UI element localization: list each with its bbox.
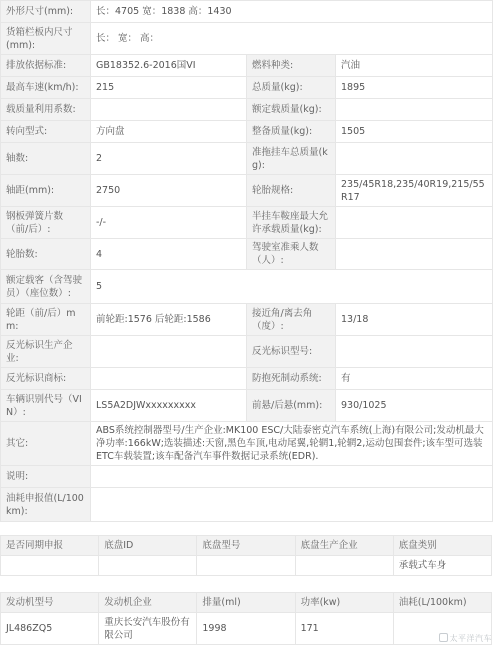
label-curb-weight: 整备质量(kg): bbox=[247, 121, 336, 143]
label-reflector-brand: 反光标识商标: bbox=[1, 368, 91, 390]
label-load-coefficient: 载质量利用系数: bbox=[1, 99, 91, 121]
label-tire-count: 轮胎数: bbox=[1, 239, 91, 270]
value-notes bbox=[91, 466, 493, 488]
value-max-speed: 215 bbox=[91, 77, 247, 99]
header-chassis-maker: 底盘生产企业 bbox=[295, 536, 393, 556]
label-notes: 说明: bbox=[1, 466, 91, 488]
header-engine-maker: 发动机企业 bbox=[99, 593, 197, 613]
spec-row: 排放依据标准: GB18352.6-2016国VI 燃料种类: 汽油 bbox=[1, 55, 493, 77]
value-seats: 5 bbox=[91, 270, 493, 304]
label-fuel-declared: 油耗申报值(L/100km): bbox=[1, 488, 91, 522]
value-saddle-load bbox=[336, 207, 493, 239]
label-cab-occupants: 驾驶室准乘人数（人）: bbox=[247, 239, 336, 270]
spec-row: 反光标识生产企业: 反光标识型号: bbox=[1, 336, 493, 368]
label-reflector-model: 反光标识型号: bbox=[247, 336, 336, 368]
spec-row: 转向型式: 方向盘 整备质量(kg): 1505 bbox=[1, 121, 493, 143]
spec-row: 钢板弹簧片数（前/后）: -/- 半挂车鞍座最大允许承载质量(kg): bbox=[1, 207, 493, 239]
vehicle-spec-table: 外形尺寸(mm): 长：4705 宽：1838 高：1430 货箱栏板内尺寸(m… bbox=[0, 0, 493, 522]
label-tire-spec: 轮胎规格: bbox=[247, 175, 336, 207]
value-reflector-brand bbox=[91, 368, 247, 390]
header-power: 功率(kw) bbox=[295, 593, 393, 613]
spec-row-dimensions: 外形尺寸(mm): 长：4705 宽：1838 高：1430 bbox=[1, 1, 493, 23]
value-abs: 有 bbox=[336, 368, 493, 390]
value-approach-departure: 13/18 bbox=[336, 304, 493, 336]
header-concurrent-declaration: 是否同期申报 bbox=[1, 536, 99, 556]
chassis-header-row: 是否同期申报 底盘ID 底盘型号 底盘生产企业 底盘类别 bbox=[1, 536, 492, 556]
value-gross-mass: 1895 bbox=[336, 77, 493, 99]
value-tire-spec: 235/45R18,235/40R19,215/55R17 bbox=[336, 175, 493, 207]
value-emission-standard: GB18352.6-2016国VI bbox=[91, 55, 247, 77]
label-approach-departure: 接近角/离去角（度）: bbox=[247, 304, 336, 336]
cell-concurrent-declaration bbox=[1, 556, 99, 576]
cell-chassis-model bbox=[197, 556, 295, 576]
spec-row: 轴数: 2 准拖挂车总质量(kg): bbox=[1, 143, 493, 175]
value-reflector-maker bbox=[91, 336, 247, 368]
value-axles: 2 bbox=[91, 143, 247, 175]
spec-row: 最高车速(km/h): 215 总质量(kg): 1895 bbox=[1, 77, 493, 99]
value-trailer-mass bbox=[336, 143, 493, 175]
label-wheelbase: 轴距(mm): bbox=[1, 175, 91, 207]
label-fuel-type: 燃料种类: bbox=[247, 55, 336, 77]
label-other: 其它: bbox=[1, 422, 91, 466]
header-chassis-model: 底盘型号 bbox=[197, 536, 295, 556]
cell-chassis-id bbox=[99, 556, 197, 576]
header-fuel-consumption: 油耗(L/100km) bbox=[393, 593, 491, 613]
label-dimensions: 外形尺寸(mm): bbox=[1, 1, 91, 23]
value-load-coefficient bbox=[91, 99, 247, 121]
value-cargo-box: 长： 宽： 高： bbox=[91, 23, 493, 55]
value-other: ABS系统控制器型号/生产企业:MK100 ESC/大陆泰密克汽车系统(上海)有… bbox=[91, 422, 493, 466]
watermark-text: 太平洋汽车 bbox=[450, 634, 493, 643]
label-rated-load: 额定载质量(kg): bbox=[247, 99, 336, 121]
engine-table: 发动机型号 发动机企业 排量(ml) 功率(kw) 油耗(L/100km) JL… bbox=[0, 592, 492, 645]
label-abs: 防抱死制动系统: bbox=[247, 368, 336, 390]
spec-row: 轴距(mm): 2750 轮胎规格: 235/45R18,235/40R19,2… bbox=[1, 175, 493, 207]
label-seats: 额定载客（含驾驶员）（座位数）: bbox=[1, 270, 91, 304]
label-emission-standard: 排放依据标准: bbox=[1, 55, 91, 77]
label-steering-type: 转向型式: bbox=[1, 121, 91, 143]
watermark: 太平洋汽车 bbox=[439, 633, 493, 644]
label-reflector-maker: 反光标识生产企业: bbox=[1, 336, 91, 368]
spec-row-seats: 额定载客（含驾驶员）（座位数）: 5 bbox=[1, 270, 493, 304]
spec-row-fuel-declared: 油耗申报值(L/100km): bbox=[1, 488, 493, 522]
table-row: 承载式车身 bbox=[1, 556, 492, 576]
label-cargo-box: 货箱栏板内尺寸(mm): bbox=[1, 23, 91, 55]
spec-row: 车辆识别代号（VIN）: LS5A2DJWxxxxxxxxx 前悬/后悬(mm)… bbox=[1, 390, 493, 422]
header-chassis-category: 底盘类别 bbox=[393, 536, 491, 556]
value-track-width: 前轮距:1576 后轮距:1586 bbox=[91, 304, 247, 336]
cell-engine-maker: 重庆长安汽车股份有限公司 bbox=[99, 613, 197, 645]
label-track-width: 轮距（前/后）mm: bbox=[1, 304, 91, 336]
label-leaf-springs: 钢板弹簧片数（前/后）: bbox=[1, 207, 91, 239]
value-overhang: 930/1025 bbox=[336, 390, 493, 422]
value-dimensions: 长：4705 宽：1838 高：1430 bbox=[91, 1, 493, 23]
cell-power: 171 bbox=[295, 613, 393, 645]
value-curb-weight: 1505 bbox=[336, 121, 493, 143]
spec-row-cargo-box: 货箱栏板内尺寸(mm): 长： 宽： 高： bbox=[1, 23, 493, 55]
value-reflector-model bbox=[336, 336, 493, 368]
chassis-table: 是否同期申报 底盘ID 底盘型号 底盘生产企业 底盘类别 承载式车身 bbox=[0, 535, 492, 576]
spec-row: 轮胎数: 4 驾驶室准乘人数（人）: bbox=[1, 239, 493, 270]
value-steering-type: 方向盘 bbox=[91, 121, 247, 143]
label-overhang: 前悬/后悬(mm): bbox=[247, 390, 336, 422]
label-axles: 轴数: bbox=[1, 143, 91, 175]
spec-row: 反光标识商标: 防抱死制动系统: 有 bbox=[1, 368, 493, 390]
table-row: JL486ZQ5 重庆长安汽车股份有限公司 1998 171 bbox=[1, 613, 492, 645]
value-wheelbase: 2750 bbox=[91, 175, 247, 207]
header-displacement: 排量(ml) bbox=[197, 593, 295, 613]
value-tire-count: 4 bbox=[91, 239, 247, 270]
header-engine-model: 发动机型号 bbox=[1, 593, 99, 613]
cell-displacement: 1998 bbox=[197, 613, 295, 645]
spec-row-other: 其它: ABS系统控制器型号/生产企业:MK100 ESC/大陆泰密克汽车系统(… bbox=[1, 422, 493, 466]
label-trailer-mass: 准拖挂车总质量(kg): bbox=[247, 143, 336, 175]
logo-icon bbox=[439, 633, 448, 642]
label-saddle-load: 半挂车鞍座最大允许承载质量(kg): bbox=[247, 207, 336, 239]
cell-engine-model: JL486ZQ5 bbox=[1, 613, 99, 645]
value-fuel-declared bbox=[91, 488, 493, 522]
label-max-speed: 最高车速(km/h): bbox=[1, 77, 91, 99]
engine-header-row: 发动机型号 发动机企业 排量(ml) 功率(kw) 油耗(L/100km) bbox=[1, 593, 492, 613]
label-vin: 车辆识别代号（VIN）: bbox=[1, 390, 91, 422]
value-cab-occupants bbox=[336, 239, 493, 270]
value-vin: LS5A2DJWxxxxxxxxx bbox=[91, 390, 247, 422]
value-fuel-type: 汽油 bbox=[336, 55, 493, 77]
value-rated-load bbox=[336, 99, 493, 121]
spec-row: 载质量利用系数: 额定载质量(kg): bbox=[1, 99, 493, 121]
cell-chassis-maker bbox=[295, 556, 393, 576]
value-leaf-springs: -/- bbox=[91, 207, 247, 239]
spec-row-notes: 说明: bbox=[1, 466, 493, 488]
spec-row: 轮距（前/后）mm: 前轮距:1576 后轮距:1586 接近角/离去角（度）:… bbox=[1, 304, 493, 336]
header-chassis-id: 底盘ID bbox=[99, 536, 197, 556]
label-gross-mass: 总质量(kg): bbox=[247, 77, 336, 99]
cell-chassis-category: 承载式车身 bbox=[393, 556, 491, 576]
